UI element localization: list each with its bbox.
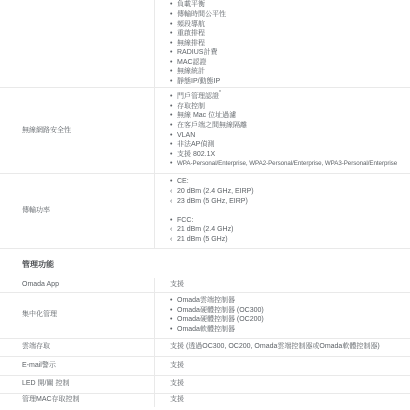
mgmt-row-label-cell: 雲端存取: [0, 339, 155, 356]
footnote-marker: *: [219, 91, 221, 101]
mgmt-row-value-cell: 支援: [155, 394, 410, 407]
mgmt-row-value: 支援: [170, 361, 184, 371]
sub-bullet-icon: ‹: [170, 235, 177, 245]
list-item-text: FCC:: [177, 216, 193, 226]
mgmt-row-label-cell: E-mail警示: [0, 357, 155, 375]
section-title-management: 管理功能: [0, 249, 410, 278]
bullet-icon: •: [170, 121, 177, 131]
list-item: ‹21 dBm (5 GHz): [170, 235, 254, 245]
list-item: •Omada硬體控制器 (OC200): [170, 315, 264, 325]
bullet-icon: •: [170, 77, 177, 87]
list-item-text: 無線 Mac 位址過濾: [177, 111, 236, 121]
bullet-icon: •: [170, 150, 177, 160]
mgmt-row-label-cell: 集中化管理: [0, 293, 155, 338]
bullet-icon: •: [170, 102, 177, 112]
mgmt-row-value-cell: 支援: [155, 376, 410, 393]
feature-list: •CE: ‹20 dBm (2.4 GHz, EIRP) ‹23 dBm (5 …: [170, 177, 254, 244]
mgmt-row-value-cell: 支援: [155, 357, 410, 375]
bullet-icon: •: [170, 306, 177, 316]
list-item-text: 20 dBm (2.4 GHz, EIRP): [177, 187, 254, 197]
bullet-icon: •: [170, 29, 177, 39]
feature-list: •門戶管理認證* •存取控制 •無線 Mac 位址過濾 •在客戶端之間無線隔離 …: [170, 92, 397, 169]
list-item: •靜態IP/動態IP: [170, 77, 226, 87]
spec-row-label: 無線網路安全性: [22, 126, 71, 136]
spec-row-label-cell: [0, 0, 155, 87]
bullet-icon: •: [170, 325, 177, 335]
list-item-text: MAC認證: [177, 58, 207, 68]
mgmt-row-email-alerts: E-mail警示 支援: [0, 357, 410, 376]
list-item-text: 靜態IP/動態IP: [177, 77, 220, 87]
list-item-text: 負載平衡: [177, 0, 205, 10]
list-item: ‹21 dBm (2.4 GHz): [170, 225, 254, 235]
spec-row-value-cell: •CE: ‹20 dBm (2.4 GHz, EIRP) ‹23 dBm (5 …: [155, 174, 410, 248]
controller-list: •Omada雲端控制器 •Omada硬體控制器 (OC300) •Omada硬體…: [170, 296, 264, 334]
bullet-icon: •: [170, 111, 177, 121]
list-item-text: 21 dBm (2.4 GHz): [177, 225, 233, 235]
bullet-icon: •: [170, 10, 177, 20]
mgmt-row-label: 管理MAC存取控制: [22, 395, 80, 405]
list-item: •MAC認證: [170, 58, 226, 68]
list-item-text: WPA-Personal/Enterprise, WPA2-Personal/E…: [177, 159, 397, 169]
list-item: •支援 802.1X: [170, 150, 397, 160]
list-item: •Omada雲端控制器: [170, 296, 264, 306]
mgmt-row-label-cell: Omada App: [0, 278, 155, 292]
mgmt-row-value-cell: 支援: [155, 278, 410, 292]
list-item-text: 頻段導航: [177, 20, 205, 30]
list-item: •Omada軟體控制器: [170, 325, 264, 335]
list-item: ‹23 dBm (5 GHz, EIRP): [170, 197, 254, 207]
list-item: •門戶管理認證*: [170, 92, 397, 102]
mgmt-row-value: 支援 (透過OC300, OC200, Omada雲端控制器或Omada軟體控制…: [170, 342, 380, 352]
list-item: •存取控制: [170, 102, 397, 112]
list-item: •無線排程: [170, 39, 226, 49]
list-item: •負載平衡: [170, 0, 226, 10]
list-item: ‹20 dBm (2.4 GHz, EIRP): [170, 187, 254, 197]
list-item-text: Omada雲端控制器: [177, 296, 235, 306]
list-item-text: 門戶管理認證: [177, 92, 219, 102]
list-item-text: 21 dBm (5 GHz): [177, 235, 228, 245]
list-item: •頻段導航: [170, 20, 226, 30]
list-item-text: 無線統計: [177, 67, 205, 77]
list-item-text: 非法AP偵測: [177, 140, 214, 150]
mgmt-row-centralized-management: 集中化管理 •Omada雲端控制器 •Omada硬體控制器 (OC300) •O…: [0, 293, 410, 339]
list-item-text: 重啟排程: [177, 29, 205, 39]
list-item-text: 在客戶端之間無線隔離: [177, 121, 247, 131]
list-item: •WPA-Personal/Enterprise, WPA2-Personal/…: [170, 159, 397, 169]
spec-row-wireless-security: 無線網路安全性 •門戶管理認證* •存取控制 •無線 Mac 位址過濾 •在客戶…: [0, 88, 410, 174]
bullet-icon: •: [170, 0, 177, 10]
list-item-text: Omada軟體控制器: [177, 325, 235, 335]
spec-row-label-cell: 傳輸功率: [0, 174, 155, 248]
bullet-icon: •: [170, 177, 177, 187]
list-item: •傳輸時間公平性: [170, 10, 226, 20]
mgmt-row-label: 集中化管理: [22, 310, 57, 320]
list-item: •Omada硬體控制器 (OC300): [170, 306, 264, 316]
list-item-text: CE:: [177, 177, 189, 187]
list-item: •在客戶端之間無線隔離: [170, 121, 397, 131]
bullet-icon: •: [170, 296, 177, 306]
list-item-text: 傳輸時間公平性: [177, 10, 226, 20]
list-item: •無線統計: [170, 67, 226, 77]
mgmt-row-mac-access-control: 管理MAC存取控制 支援: [0, 394, 410, 407]
list-item-text: 支援 802.1X: [177, 150, 215, 160]
sub-bullet-icon: ‹: [170, 225, 177, 235]
bullet-icon: •: [170, 20, 177, 30]
feature-list: •負載平衡 •傳輸時間公平性 •頻段導航 •重啟排程 •無線排程 •RADIUS…: [170, 0, 226, 86]
list-item: •RADIUS計費: [170, 48, 226, 58]
list-item-text: 存取控制: [177, 102, 205, 112]
mgmt-row-label: Omada App: [22, 280, 59, 290]
mgmt-row-value-cell: •Omada雲端控制器 •Omada硬體控制器 (OC300) •Omada硬體…: [155, 293, 410, 338]
mgmt-row-led-control: LED 開/關 控制 支援: [0, 376, 410, 394]
list-item: •VLAN: [170, 131, 397, 141]
bullet-icon: •: [170, 39, 177, 49]
bullet-icon: •: [170, 92, 177, 102]
mgmt-row-value: 支援: [170, 379, 184, 389]
sub-bullet-icon: ‹: [170, 187, 177, 197]
mgmt-row-value: 支援: [170, 395, 184, 405]
list-item-text: RADIUS計費: [177, 48, 217, 58]
list-item: •非法AP偵測: [170, 140, 397, 150]
spec-row-label-cell: 無線網路安全性: [0, 88, 155, 173]
list-item: •重啟排程: [170, 29, 226, 39]
bullet-icon: •: [170, 216, 177, 226]
bullet-icon: •: [170, 315, 177, 325]
bullet-icon: •: [170, 159, 177, 169]
mgmt-row-label-cell: 管理MAC存取控制: [0, 394, 155, 407]
bullet-icon: •: [170, 140, 177, 150]
bullet-icon: •: [170, 131, 177, 141]
bullet-icon: •: [170, 48, 177, 58]
spec-row-label: 傳輸功率: [22, 206, 50, 216]
list-item-text: Omada硬體控制器 (OC300): [177, 306, 264, 316]
spec-page: •負載平衡 •傳輸時間公平性 •頻段導航 •重啟排程 •無線排程 •RADIUS…: [0, 0, 410, 410]
spec-row-value-cell: •門戶管理認證* •存取控制 •無線 Mac 位址過濾 •在客戶端之間無線隔離 …: [155, 88, 410, 173]
list-item-text: 無線排程: [177, 39, 205, 49]
list-item-text: 23 dBm (5 GHz, EIRP): [177, 197, 248, 207]
mgmt-row-omada-app: Omada App 支援: [0, 278, 410, 293]
list-item-text: Omada硬體控制器 (OC200): [177, 315, 264, 325]
mgmt-row-label: 雲端存取: [22, 342, 50, 352]
mgmt-row-label: LED 開/關 控制: [22, 379, 69, 389]
mgmt-row-value: 支援: [170, 280, 184, 290]
spec-row-value-cell: •負載平衡 •傳輸時間公平性 •頻段導航 •重啟排程 •無線排程 •RADIUS…: [155, 0, 410, 87]
mgmt-row-label: E-mail警示: [22, 361, 56, 371]
spec-row-wireless-functions: •負載平衡 •傳輸時間公平性 •頻段導航 •重啟排程 •無線排程 •RADIUS…: [0, 0, 410, 88]
sub-bullet-icon: ‹: [170, 197, 177, 207]
mgmt-row-label-cell: LED 開/關 控制: [0, 376, 155, 393]
list-item: •CE:: [170, 177, 254, 187]
list-item: •無線 Mac 位址過濾: [170, 111, 397, 121]
list-item-text: VLAN: [177, 131, 195, 141]
bullet-icon: •: [170, 67, 177, 77]
mgmt-row-cloud-access: 雲端存取 支援 (透過OC300, OC200, Omada雲端控制器或Omad…: [0, 339, 410, 357]
spec-row-transmit-power: 傳輸功率 •CE: ‹20 dBm (2.4 GHz, EIRP) ‹23 dB…: [0, 174, 410, 249]
mgmt-row-value-cell: 支援 (透過OC300, OC200, Omada雲端控制器或Omada軟體控制…: [155, 339, 410, 356]
bullet-icon: •: [170, 58, 177, 68]
list-item: •FCC:: [170, 216, 254, 226]
